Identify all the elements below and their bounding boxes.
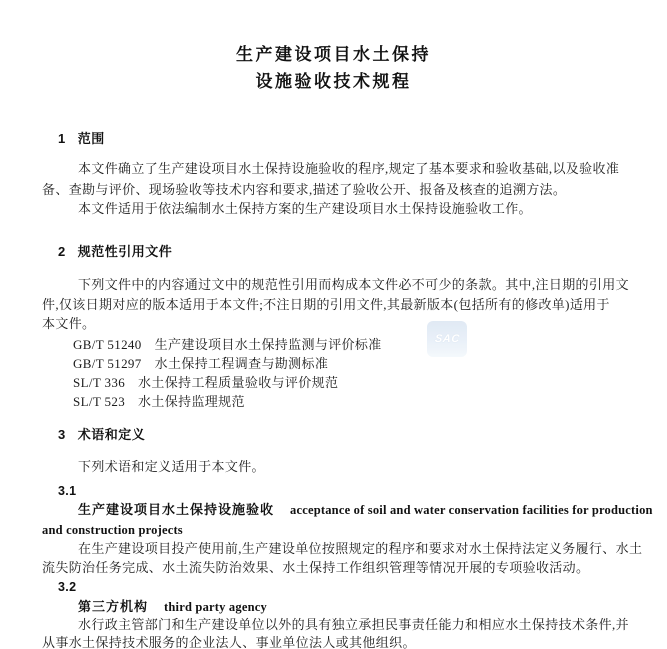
reference-item: GB/T 51297水土保持工程调查与勘测标准 (73, 356, 328, 372)
sac-watermark-label: SAC (434, 333, 460, 345)
clause-3-1-term-continued: and construction projects (42, 522, 183, 538)
term-chinese: 第三方机构 (78, 599, 148, 614)
section-1-paragraph-line3: 本文件适用于依法编制水土保持方案的生产建设项目水土保持设施验收工作。 (78, 201, 532, 217)
reference-name: 生产建设项目水土保持监测与评价标准 (155, 337, 382, 352)
section-1-paragraph-line1: 本文件确立了生产建设项目水土保持设施验收的程序,规定了基本要求和验收基础,以及验… (78, 161, 619, 177)
section-1-heading: 1范围 (58, 131, 105, 147)
sac-watermark: SAC (427, 321, 467, 357)
section-1-title: 范围 (78, 131, 105, 146)
term-english: acceptance of soil and water conservatio… (290, 503, 653, 517)
reference-item: SL/T 336水土保持工程质量验收与评价规范 (73, 375, 338, 391)
document-title-line1: 生产建设项目水土保持 (0, 47, 667, 63)
term-english-continued: and construction projects (42, 523, 183, 537)
clause-3-2-number: 3.2 (58, 579, 76, 595)
section-3-intro: 下列术语和定义适用于本文件。 (78, 459, 265, 475)
clause-3-1-term: 生产建设项目水土保持设施验收acceptance of soil and wat… (78, 502, 653, 518)
document-title-line2: 设施验收技术规程 (0, 74, 667, 90)
reference-code: SL/T 523 (73, 394, 125, 409)
reference-name: 水土保持工程质量验收与评价规范 (138, 375, 338, 390)
clause-3-2-term: 第三方机构third party agency (78, 599, 267, 615)
section-3-number: 3 (58, 427, 66, 442)
section-2-heading: 2规范性引用文件 (58, 244, 172, 260)
section-3-title: 术语和定义 (78, 427, 146, 442)
reference-code: GB/T 51240 (73, 337, 142, 352)
reference-name: 水土保持监理规范 (138, 394, 245, 409)
clause-3-2-definition-line2: 从事水土保持技术服务的企业法人、事业单位法人或其他组织。 (42, 635, 416, 649)
reference-name: 水土保持工程调查与勘测标准 (155, 356, 329, 371)
section-1-paragraph-line2: 备、查勘与评价、现场验收等技术内容和要求,描述了验收公开、报备及核查的追溯方法。 (42, 182, 566, 198)
clause-3-1-number: 3.1 (58, 483, 76, 499)
reference-item: SL/T 523水土保持监理规范 (73, 394, 245, 410)
clause-3-2-definition-line1: 水行政主管部门和生产建设单位以外的具有独立承担民事责任能力和相应水土保持技术条件… (78, 617, 629, 633)
section-3-heading: 3术语和定义 (58, 427, 145, 443)
clause-3-1-definition-line1: 在生产建设项目投产使用前,生产建设单位按照规定的程序和要求对水土保持法定义务履行… (78, 541, 642, 557)
section-2-paragraph-line1: 下列文件中的内容通过文中的规范性引用而构成本文件必不可少的条款。其中,注日期的引… (78, 277, 629, 293)
document-page: SAC 生产建设项目水土保持 设施验收技术规程 1范围 本文件确立了生产建设项目… (0, 0, 667, 649)
section-2-number: 2 (58, 244, 66, 259)
clause-3-1-definition-line2: 流失防治任务完成、水土流失防治效果、水土保持工作组织管理等情况开展的专项验收活动… (42, 560, 589, 576)
section-2-paragraph-line2: 件,仅该日期对应的版本适用于本文件;不注日期的引用文件,其最新版本(包括所有的修… (42, 297, 610, 313)
reference-item: GB/T 51240生产建设项目水土保持监测与评价标准 (73, 337, 382, 353)
reference-code: SL/T 336 (73, 375, 125, 390)
reference-code: GB/T 51297 (73, 356, 142, 371)
section-2-paragraph-line3: 本文件。 (42, 316, 95, 332)
section-1-number: 1 (58, 131, 66, 146)
section-2-title: 规范性引用文件 (78, 244, 173, 259)
term-english: third party agency (164, 600, 267, 614)
term-chinese: 生产建设项目水土保持设施验收 (78, 502, 274, 517)
